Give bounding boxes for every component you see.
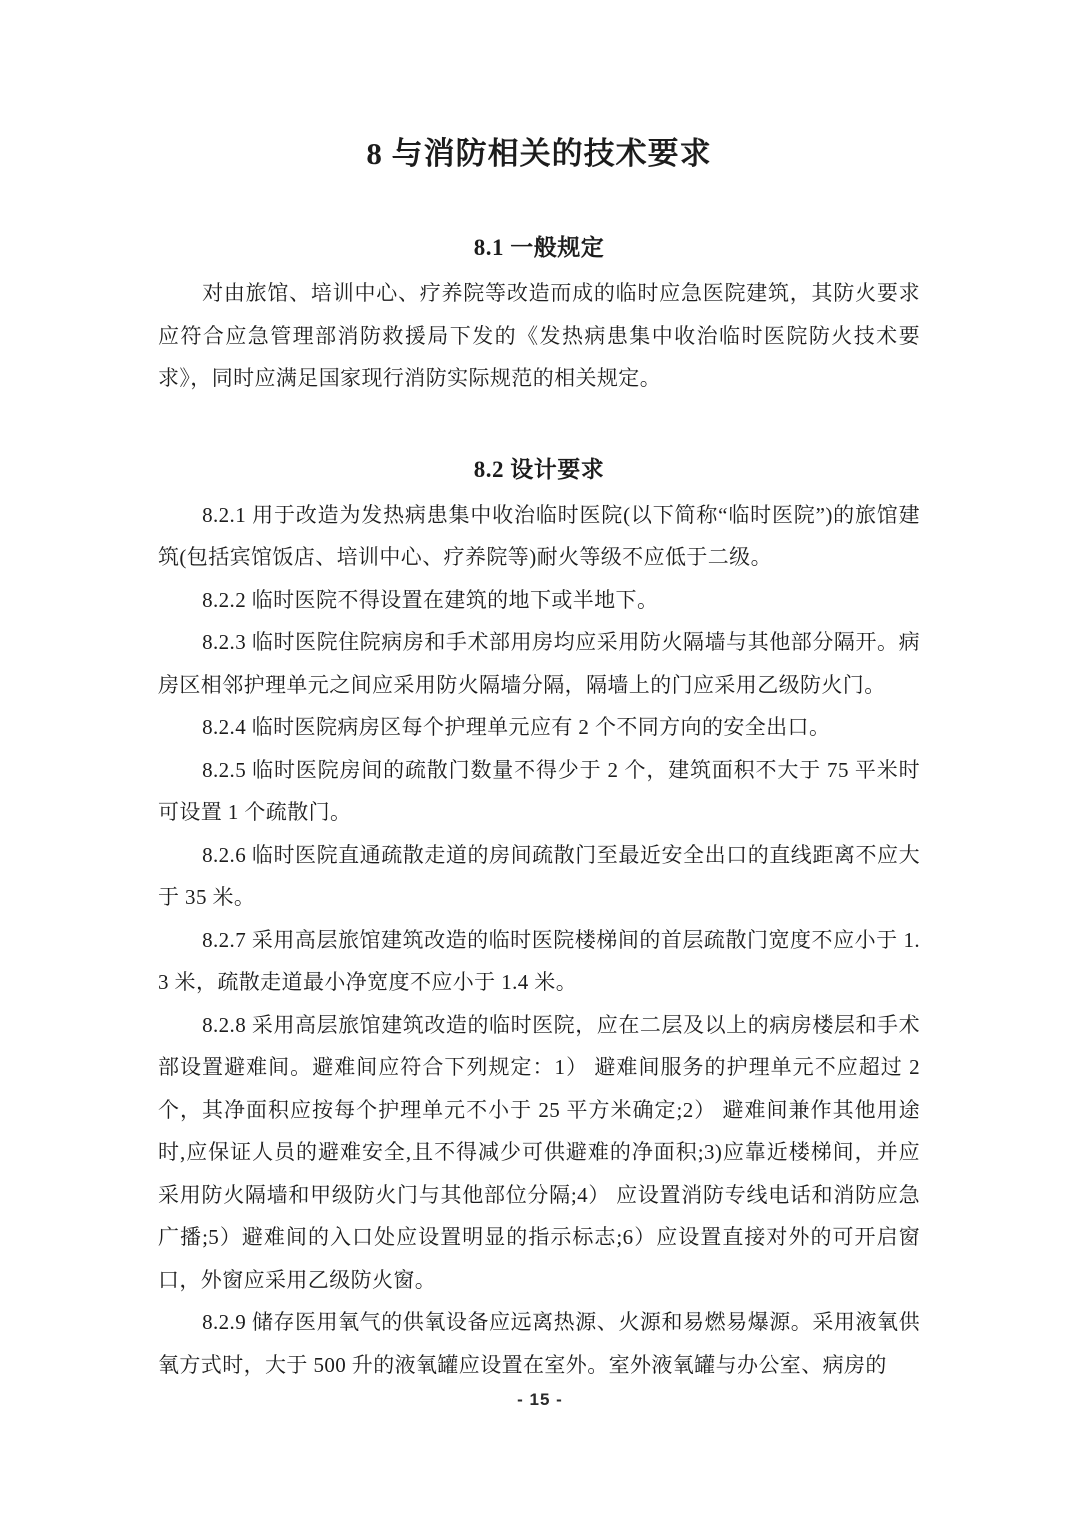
paragraph-8-2-3: 8.2.3 临时医院住院病房和手术部用房均应采用防火隔墙与其他部分隔开。病房区相… — [158, 621, 920, 706]
paragraph-8-2-9: 8.2.9 储存医用氧气的供氧设备应远离热源、火源和易燃易爆源。采用液氧供氧方式… — [158, 1301, 920, 1386]
page-number: - 15 - — [0, 1390, 1080, 1410]
paragraph-8-2-6: 8.2.6 临时医院直通疏散走道的房间疏散门至最近安全出口的直线距离不应大于 3… — [158, 834, 920, 919]
paragraph-8-2-2: 8.2.2 临时医院不得设置在建筑的地下或半地下。 — [158, 579, 920, 622]
paragraph-8-2-1: 8.2.1 用于改造为发热病患集中收治临时医院(以下简称“临时医院”)的旅馆建筑… — [158, 494, 920, 579]
paragraph-8-2-5: 8.2.5 临时医院房间的疏散门数量不得少于 2 个，建筑面积不大于 75 平米… — [158, 749, 920, 834]
paragraph-8-2-7: 8.2.7 采用高层旅馆建筑改造的临时医院楼梯间的首层疏散门宽度不应小于 1.3… — [158, 919, 920, 1004]
section-heading-8-1: 8.1 一般规定 — [158, 230, 920, 266]
document-page: 8 与消防相关的技术要求 8.1 一般规定 对由旅馆、培训中心、疗养院等改造而成… — [0, 0, 1080, 1527]
paragraph-8-2-4: 8.2.4 临时医院病房区每个护理单元应有 2 个不同方向的安全出口。 — [158, 706, 920, 749]
document-content: 8 与消防相关的技术要求 8.1 一般规定 对由旅馆、培训中心、疗养院等改造而成… — [0, 0, 1080, 1386]
paragraph-8-1-general: 对由旅馆、培训中心、疗养院等改造而成的临时应急医院建筑，其防火要求应符合应急管理… — [158, 272, 920, 400]
document-title: 8 与消防相关的技术要求 — [158, 130, 920, 178]
section-heading-8-2: 8.2 设计要求 — [158, 452, 920, 488]
paragraph-8-2-8: 8.2.8 采用高层旅馆建筑改造的临时医院，应在二层及以上的病房楼层和手术部设置… — [158, 1004, 920, 1302]
